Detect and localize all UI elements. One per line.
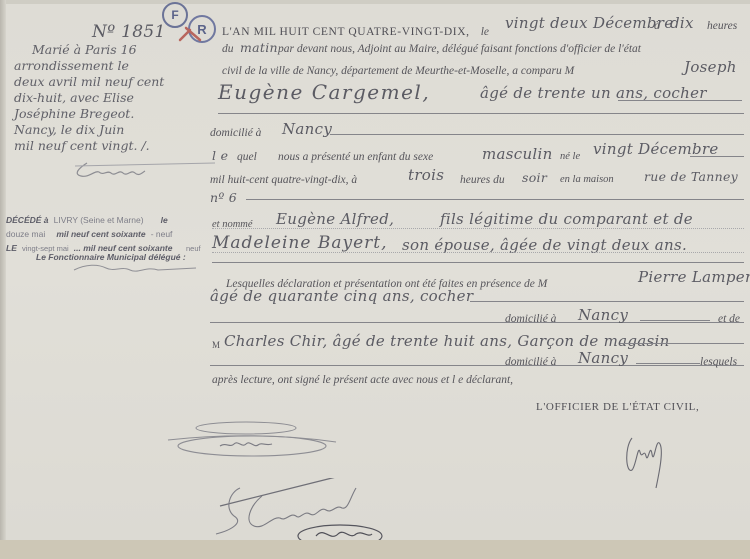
label-domicilie: domicilié à [210, 127, 261, 139]
label-en-la-maison: en la maison [560, 174, 614, 185]
witness2-city: Nancy [578, 349, 628, 367]
birth-address: rue de Tanney [644, 169, 738, 184]
declarant-name: Eugène Cargemel, [218, 80, 430, 104]
witness1-city: Nancy [578, 306, 628, 324]
line-9-dots [212, 228, 744, 229]
label-domicilie-w1: domicilié à [505, 313, 556, 325]
label-et-de: et de [718, 313, 740, 325]
marriage-note: Marié à Paris 16 arrondissement le deux … [14, 42, 164, 154]
child-name: Eugène Alfred, [276, 210, 394, 228]
closing-text: après lecture, ont signé le présent acte… [212, 374, 513, 386]
declarant-first-name: Joseph [684, 58, 737, 76]
officer-text: par devant nous, Adjoint au Maire, délég… [278, 43, 641, 55]
official-signature [66, 262, 206, 276]
officer-title: L'OFFICIER DE L'ÉTAT CIVIL, [536, 401, 699, 413]
birth-year-text: mil huit-cent quatre-vingt-dix, à [210, 174, 357, 186]
f-stamp-letter: F [171, 8, 178, 22]
officer-signature [620, 418, 680, 498]
declaration-period: matin [240, 40, 278, 55]
address-number: nº 6 [210, 190, 237, 205]
line-8-rule [246, 199, 744, 200]
record-number: Nº 1851 [92, 22, 166, 42]
marriage-note-line: dix-huit, avec Elise [14, 90, 164, 106]
record-label: LE [6, 243, 17, 253]
witness2-details: Charles Chir, âgé de trente huit ans, Ga… [224, 332, 670, 350]
line-6-rule [690, 156, 744, 157]
label-du: du [222, 43, 234, 55]
label-a: à [654, 20, 660, 32]
line-12-rule [470, 301, 744, 302]
label-ne-le: né le [560, 151, 580, 162]
presented-text: nous a présenté un enfant du sexe [278, 151, 433, 163]
label-m: M [212, 340, 220, 350]
birth-period: soir [522, 170, 547, 185]
line-5-rule [330, 134, 744, 135]
scan-left-edge [0, 0, 6, 540]
line-10-rule [212, 262, 744, 263]
child-legitimacy: fils légitime du comparant et de [440, 210, 693, 228]
declaration-date: vingt deux Décembre [505, 14, 673, 32]
line-4-rule [618, 100, 742, 101]
child-sex: masculin [482, 145, 553, 163]
declaration-hour: dix [670, 14, 694, 32]
label-domicilie-w2: domicilié à [505, 356, 556, 368]
marriage-note-line: deux avril mil neuf cent [14, 74, 164, 90]
line-15-rule [636, 363, 700, 364]
label-heures: heures [707, 20, 737, 32]
line-4-underline [218, 113, 744, 114]
city-text: civil de la ville de Nancy, département … [222, 65, 574, 77]
header-year: L'AN MIL HUIT CENT QUATRE-VINGT-DIX, [222, 26, 470, 38]
label-heures-du: heures du [460, 174, 505, 186]
line-14-rule [620, 343, 744, 344]
le-handwritten: l e [212, 148, 228, 163]
label-le: le [481, 26, 489, 38]
line-14-underline [210, 365, 744, 366]
label-lesquels: lesquels [700, 356, 737, 368]
marriage-note-line: Nancy, le dix Juin [14, 122, 164, 138]
marriage-note-line: mil neuf cent vingt. /. [14, 138, 164, 154]
official-label: Le Fonctionnaire Municipal délégué : [36, 252, 186, 262]
line-1: L'AN MIL HUIT CENT QUATRE-VINGT-DIX, le [222, 20, 489, 39]
label-quel: quel [237, 151, 257, 163]
witness1-age-occupation: âgé de quarante cinq ans, cocher [210, 287, 473, 305]
line-13-rule [640, 320, 710, 321]
birth-hour: trois [408, 166, 444, 184]
marriage-note-line: Marié à Paris 16 [14, 42, 164, 58]
line-12-underline [210, 322, 744, 323]
line-10-dots [212, 252, 744, 253]
red-check-mark-icon [178, 22, 208, 44]
marriage-note-signature [55, 160, 215, 182]
marriage-note-line: Joséphine Bregeot. [14, 106, 164, 122]
marriage-note-line: arrondissement le [14, 58, 164, 74]
record-year-hand: neuf [186, 244, 201, 253]
scan-bottom-strip [0, 540, 750, 559]
scan-top-band [0, 0, 750, 4]
document-page: F R Nº 1851 Marié à Paris 16 arrondissem… [0, 0, 750, 540]
declarant-city: Nancy [282, 120, 332, 138]
declarant-signature [160, 418, 340, 468]
mother-name: Madeleine Bayert, [212, 233, 388, 253]
witness1-name: Pierre Lampert, [638, 268, 750, 286]
